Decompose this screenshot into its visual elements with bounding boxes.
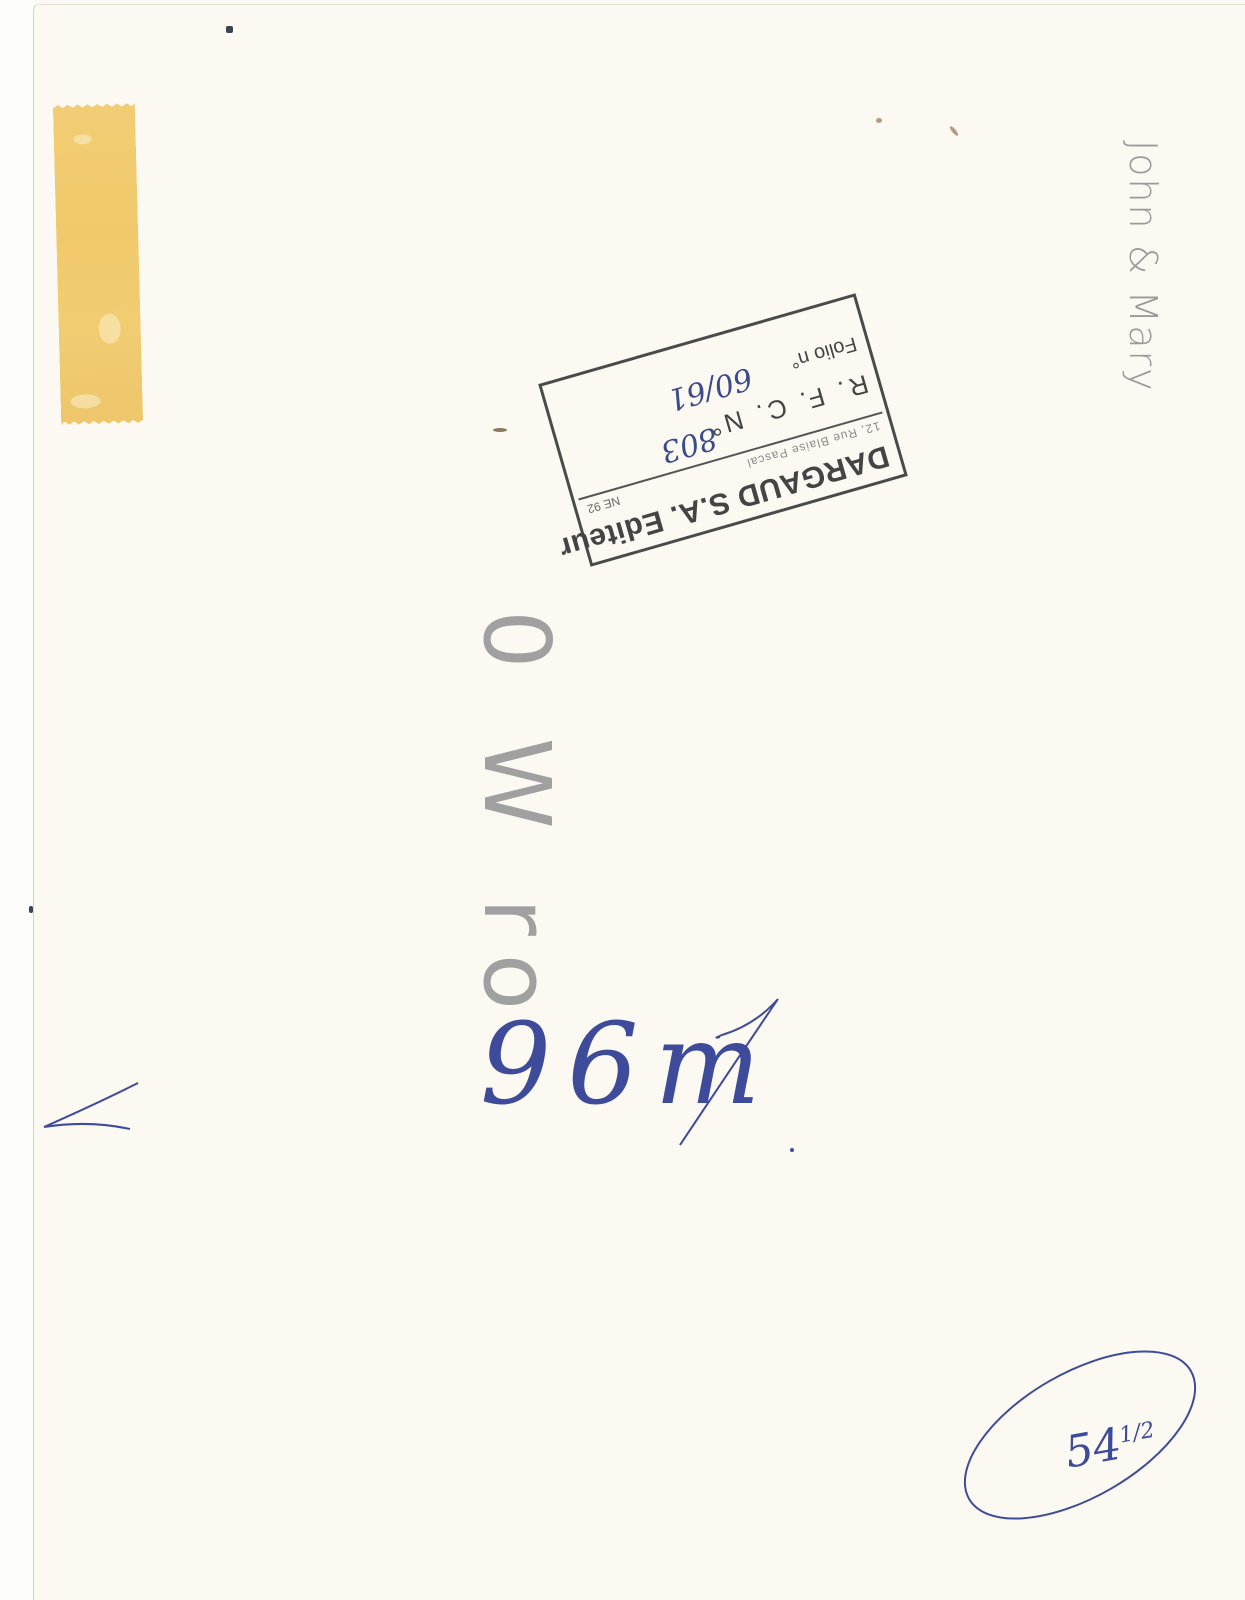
pencil-code: 0 W ro (463, 610, 570, 1030)
ink-flourish-stroke (660, 995, 790, 1155)
tape-wear-spot (98, 313, 121, 344)
tape-wear-spot (70, 394, 100, 409)
stamp-folio-label: Folio n° (787, 331, 859, 372)
adhesive-tape-strip (53, 103, 143, 425)
ink-number-value: 96 (480, 1000, 655, 1130)
check-mark-icon (38, 1075, 168, 1135)
ink-speck (226, 26, 233, 33)
ink-period (790, 1148, 794, 1152)
debris-mark (493, 428, 507, 432)
scan-margin (0, 0, 33, 1600)
ink-speck (29, 906, 33, 913)
circled-value-number: 54 (1061, 1419, 1125, 1479)
debris-mark (876, 118, 882, 123)
circled-value-fraction: 1/2 (1117, 1418, 1156, 1449)
tape-wear-spot (74, 134, 92, 144)
pencil-title-note: John & Mary (1121, 140, 1165, 393)
